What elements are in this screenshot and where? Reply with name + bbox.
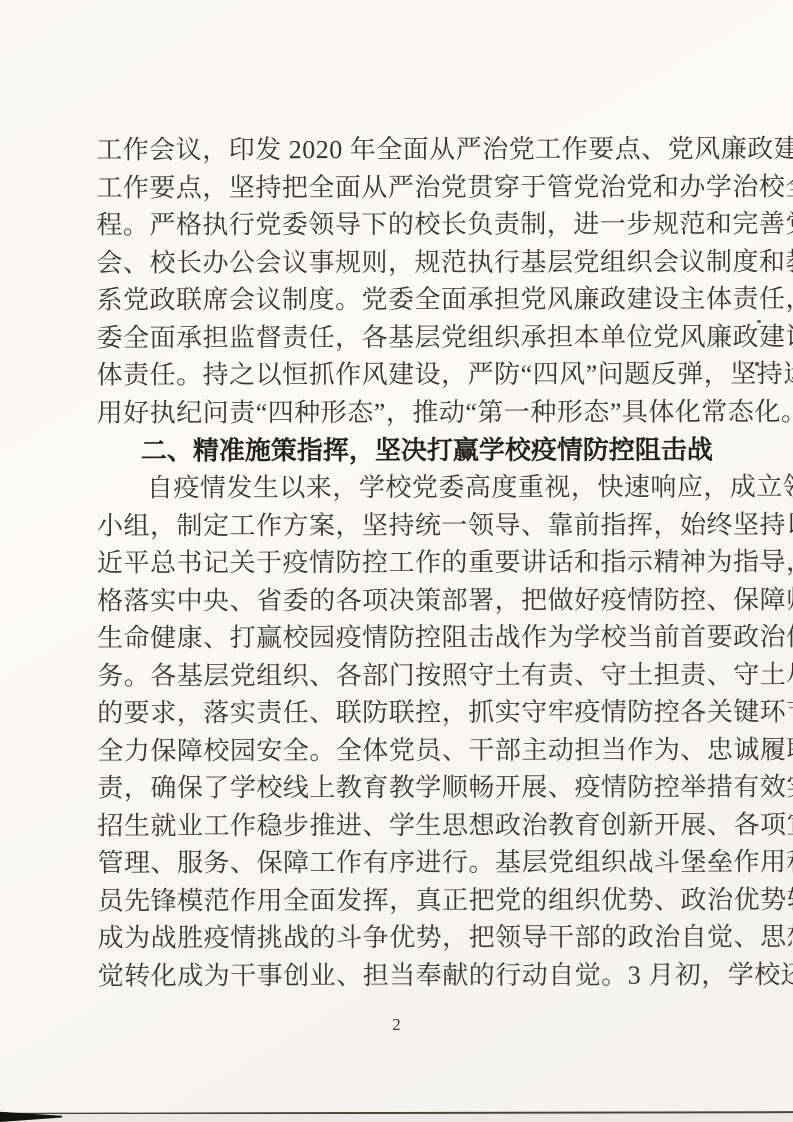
text-line: 会、校长办公会议事规则，规范执行基层党组织会议制度和教学: [96, 243, 710, 282]
text-line: 工作会议，印发 2020 年全面从严治党工作要点、党风廉政建设: [96, 130, 710, 169]
scan-speck: [757, 320, 761, 323]
section-heading: 二、精准施策指挥，坚决打赢学校疫情防控阻击战: [97, 430, 711, 469]
scan-bottom-shadow: [0, 1114, 793, 1122]
text-line: 体责任。持之以恒抓作风建设，严防“四风”问题反弹，坚持运: [97, 355, 711, 394]
paragraph: 工作会议，印发 2020 年全面从严治党工作要点、党风廉政建设工作要点，坚持把全…: [96, 130, 711, 431]
text-line: 成为战胜疫情挑战的斗争优势，把领导干部的政治自觉、思想自: [98, 918, 712, 957]
text-line: 生命健康、打赢校园疫情防控阻击战作为学校当前首要政治任: [97, 618, 711, 657]
page-number: 2: [0, 1015, 793, 1035]
text-line: 责，确保了学校线上教育教学顺畅开展、疫情防控举措有效实施、: [97, 768, 711, 807]
text-line: 小组，制定工作方案，坚持统一领导、靠前指挥，始终坚持以习: [97, 506, 711, 545]
text-line: 格落实中央、省委的各项决策部署，把做好疫情防控、保障师生: [97, 581, 711, 620]
text-line: 近平总书记关于疫情防控工作的重要讲话和指示精神为指导，严: [97, 543, 711, 582]
paragraph: 自疫情发生以来，学校党委高度重视，快速响应，成立领导小组，制定工作方案，坚持统一…: [97, 468, 712, 994]
text-line: 程。严格执行党委领导下的校长负责制，进一步规范和完善党委: [96, 205, 710, 244]
text-line: 的要求，落实责任、联防联控，抓实守牢疫情防控各关键环节，: [97, 693, 711, 732]
text-line: 工作要点，坚持把全面从严治党贯穿于管党治党和办学治校全过: [96, 168, 710, 207]
text-line: 用好执纪问责“四种形态”，推动“第一种形态”具体化常态化。: [97, 393, 711, 432]
scan-speck: [755, 362, 759, 366]
text-line: 务。各基层党组织、各部门按照守土有责、守土担责、守土尽责: [97, 656, 711, 695]
text-line: 委全面承担监督责任，各基层党组织承担本单位党风廉政建设主: [97, 318, 711, 357]
text-line: 全力保障校园安全。全体党员、干部主动担当作为、忠诚履职尽: [97, 731, 711, 770]
text-line: 管理、服务、保障工作有序进行。基层党组织战斗堡垒作用和党: [97, 843, 711, 882]
text-line: 招生就业工作稳步推进、学生思想政治教育创新开展、各项宣传、: [97, 806, 711, 845]
document-body: 工作会议，印发 2020 年全面从严治党工作要点、党风廉政建设工作要点，坚持把全…: [96, 130, 712, 994]
text-line: 员先锋模范作用全面发挥，真正把党的组织优势、政治优势转化: [98, 881, 712, 920]
text-line: 系党政联席会议制度。党委全面承担党风廉政建设主体责任，纪: [97, 280, 711, 319]
text-line: 觉转化成为干事创业、担当奉献的行动自觉。3 月初，学校还完: [98, 956, 712, 995]
scanned-page: 工作会议，印发 2020 年全面从严治党工作要点、党风廉政建设工作要点，坚持把全…: [0, 0, 793, 1122]
text-line: 自疫情发生以来，学校党委高度重视，快速响应，成立领导: [97, 468, 711, 507]
